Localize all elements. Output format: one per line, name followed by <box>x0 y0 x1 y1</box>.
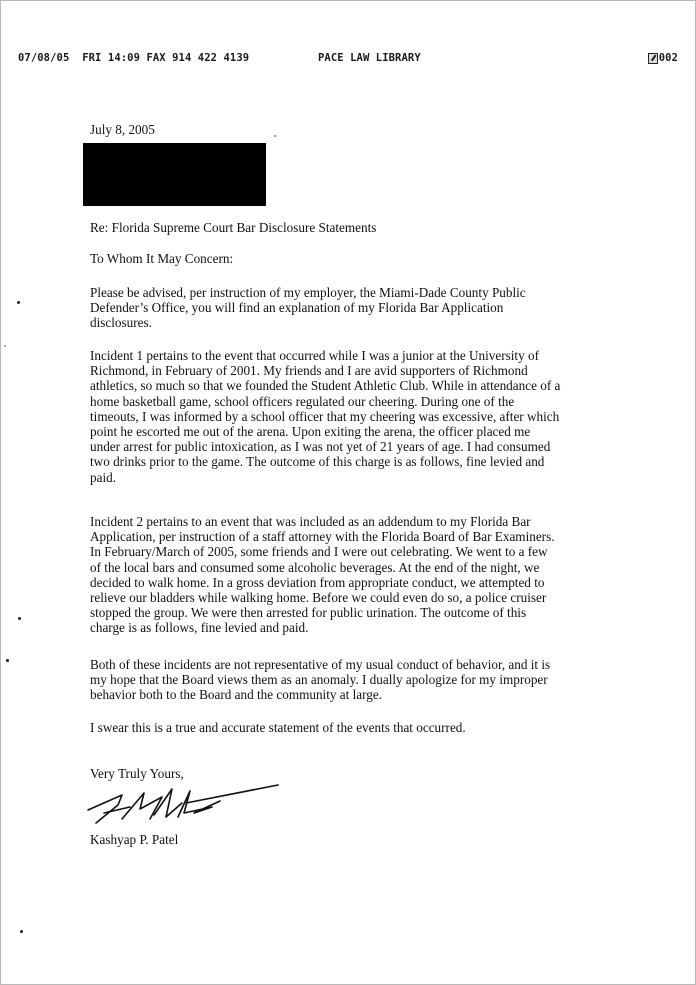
fax-sender: PACE LAW LIBRARY <box>318 52 421 64</box>
text-line: Defender’s Office, you will find an expl… <box>90 300 650 315</box>
text-line: of the local bars and consumed some alco… <box>90 560 650 575</box>
letter-closing: Very Truly Yours, <box>90 766 184 781</box>
fax-label: FAX <box>146 52 165 64</box>
fax-page-number: 002 <box>659 52 678 64</box>
faxed-letter-page: 07/08/05 FRI 14:09 FAX 914 422 4139 PACE… <box>0 0 696 985</box>
text-line: Please be advised, per instruction of my… <box>90 285 650 300</box>
fax-date: 07/08/05 <box>18 52 69 64</box>
fax-time: 14:09 <box>108 52 140 64</box>
text-line: athletics, so much so that we founded th… <box>90 378 650 393</box>
scan-speck <box>18 617 21 620</box>
paragraph-intro: Please be advised, per instruction of my… <box>90 285 650 331</box>
text-line: two drinks prior to the game. The outcom… <box>90 454 650 469</box>
paragraph-incident-1: Incident 1 pertains to the event that oc… <box>90 348 650 485</box>
text-line: behavior both to the Board and the commu… <box>90 687 650 702</box>
fax-transmission-header: 07/08/05 FRI 14:09 FAX 914 422 4139 PACE… <box>18 52 678 68</box>
letter-subject: Re: Florida Supreme Court Bar Disclosure… <box>90 220 650 235</box>
scan-speck <box>274 135 276 137</box>
text-line: decided to walk home. In a gross deviati… <box>90 575 650 590</box>
fax-page-number-group: 002 <box>648 52 678 64</box>
text-line: home basketball game, school officers re… <box>90 394 650 409</box>
redacted-recipient-block <box>83 143 266 206</box>
text-line: point he escorted me out of the arena. U… <box>90 424 650 439</box>
text-line: stopped the group. We were then arrested… <box>90 605 650 620</box>
fax-header-left: 07/08/05 FRI 14:09 FAX 914 422 4139 <box>18 52 249 64</box>
text-line: paid. <box>90 470 650 485</box>
scan-speck <box>17 301 20 304</box>
paragraph-incident-2: Incident 2 pertains to an event that was… <box>90 514 650 636</box>
text-line: disclosures. <box>90 315 650 330</box>
letter-date: July 8, 2005 <box>90 122 155 137</box>
text-line: timeouts, I was informed by a school off… <box>90 409 650 424</box>
scan-speck <box>4 345 6 347</box>
fax-day: FRI <box>82 52 101 64</box>
paragraph-sworn-statement: I swear this is a true and accurate stat… <box>90 720 650 735</box>
scan-speck <box>6 659 9 662</box>
signer-name: Kashyap P. Patel <box>90 832 178 847</box>
page-icon <box>648 53 658 64</box>
text-line: my hope that the Board views them as an … <box>90 672 650 687</box>
text-line: I swear this is a true and accurate stat… <box>90 720 650 735</box>
paragraph-apology: Both of these incidents are not represen… <box>90 657 650 703</box>
text-line: Incident 1 pertains to the event that oc… <box>90 348 650 363</box>
scan-speck <box>20 930 23 933</box>
text-line: Richmond, in February of 2001. My friend… <box>90 363 650 378</box>
text-line: In February/March of 2005, some friends … <box>90 544 650 559</box>
text-line: relieve our bladders while walking home.… <box>90 590 650 605</box>
handwritten-signature-icon <box>82 783 282 829</box>
fax-number: 914 422 4139 <box>172 52 249 64</box>
letter-salutation: To Whom It May Concern: <box>90 251 233 266</box>
text-line: Application, per instruction of a staff … <box>90 529 650 544</box>
text-line: Both of these incidents are not represen… <box>90 657 650 672</box>
text-line: under arrest for public intoxication, as… <box>90 439 650 454</box>
text-line: Incident 2 pertains to an event that was… <box>90 514 650 529</box>
text-line: charge is as follows, fine levied and pa… <box>90 620 650 635</box>
